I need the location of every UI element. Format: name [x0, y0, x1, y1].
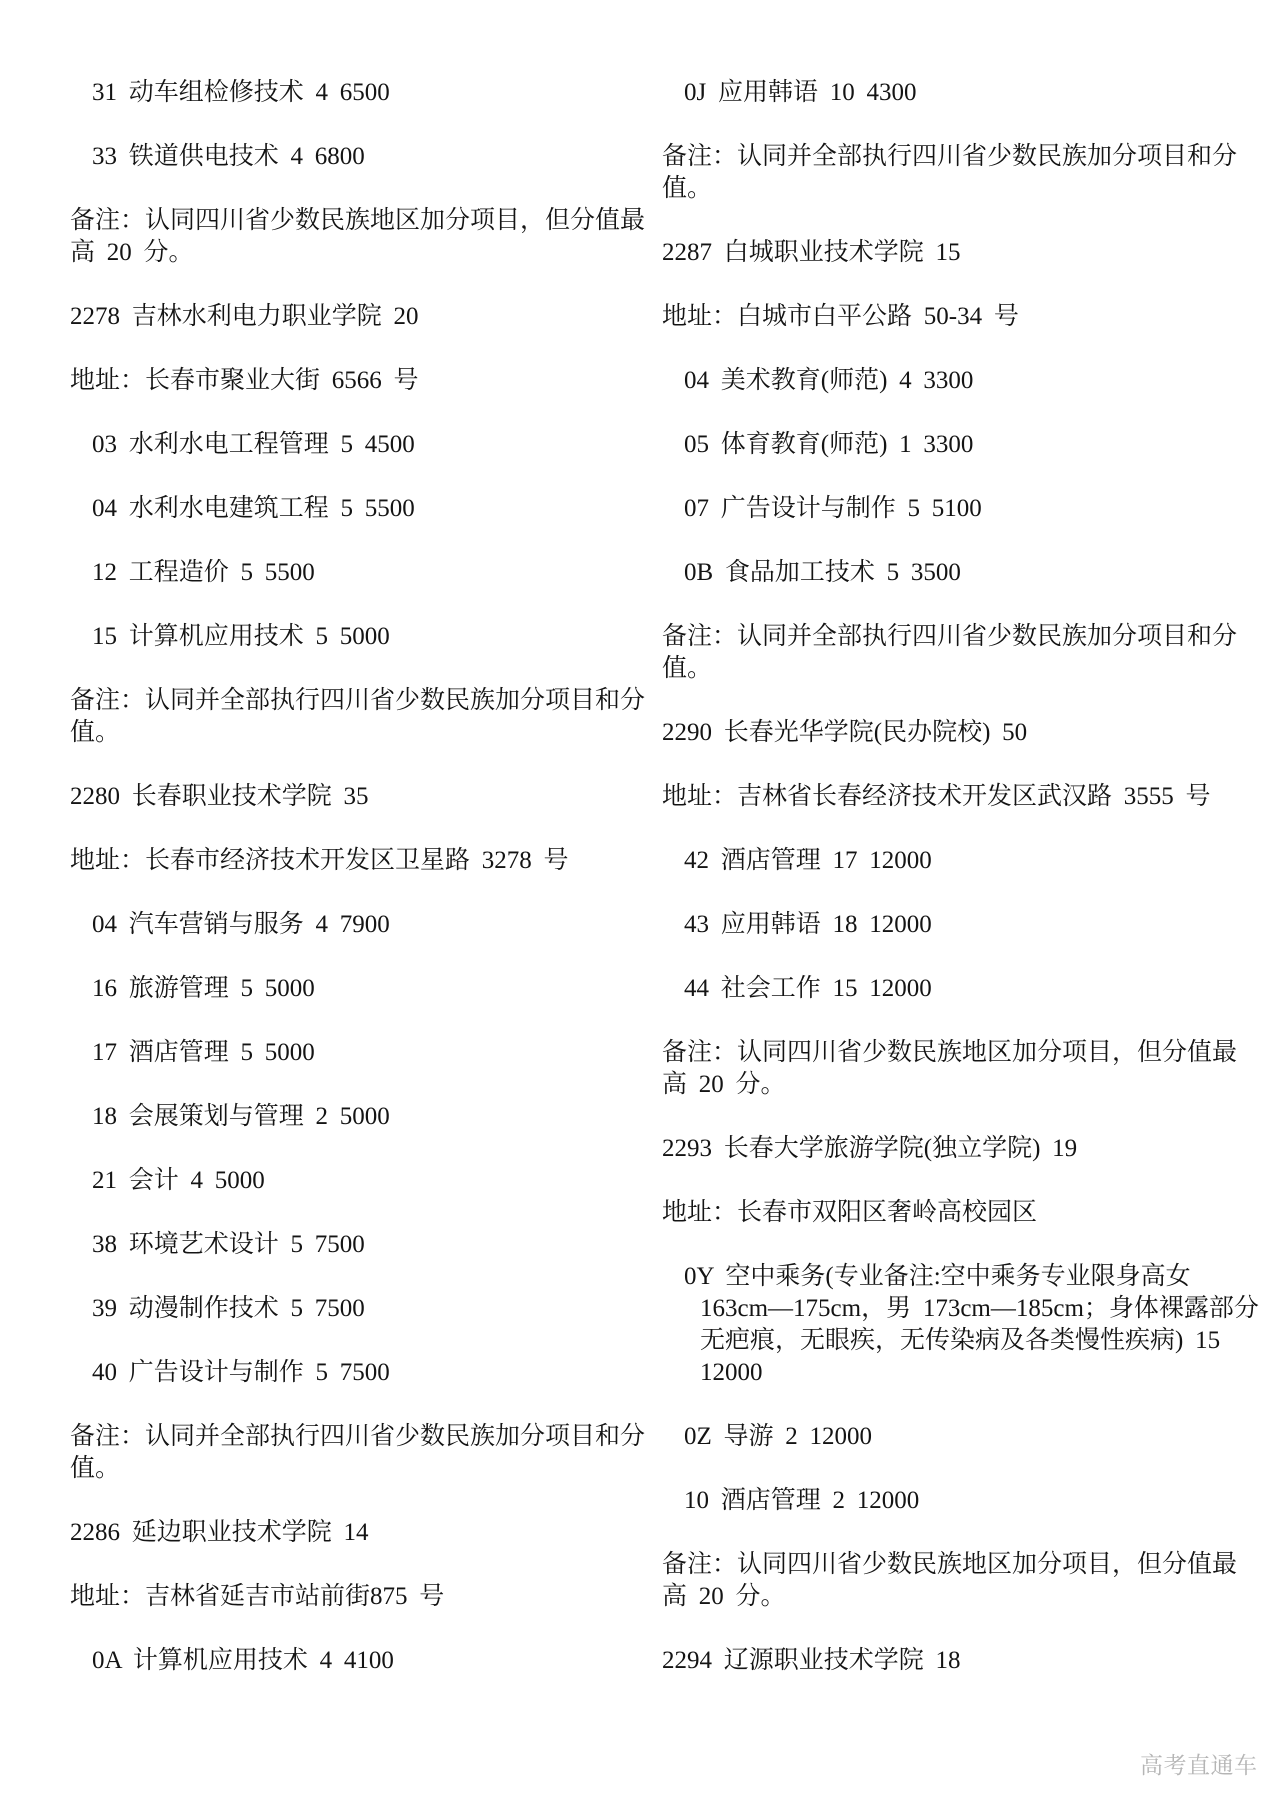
major-line: 03 水利水电工程管理 5 4500 — [92, 429, 666, 461]
address-line: 地址：长春市经济技术开发区卫星路 3278 号 — [70, 845, 666, 877]
address-line: 地址：吉林省长春经济技术开发区武汉路 3555 号 — [662, 781, 1262, 813]
watermark: 高考直通车 — [1140, 1752, 1258, 1780]
major-line: 15 计算机应用技术 5 5000 — [92, 621, 666, 653]
right-column: 0J 应用韩语 10 4300备注：认同并全部执行四川省少数民族加分项目和分 值… — [662, 0, 1262, 1709]
major-line: 18 会展策划与管理 2 5000 — [92, 1101, 666, 1133]
address-line: 地址：白城市白平公路 50-34 号 — [662, 301, 1262, 333]
major-line: 43 应用韩语 18 12000 — [684, 909, 1262, 941]
major-line: 04 汽车营销与服务 4 7900 — [92, 909, 666, 941]
major-line: 33 铁道供电技术 4 6800 — [92, 141, 666, 173]
document-page: 31 动车组检修技术 4 650033 铁道供电技术 4 6800备注：认同四川… — [0, 0, 1280, 1810]
address-line: 地址：长春市双阳区奢岭高校园区 — [662, 1197, 1262, 1229]
major-line: 42 酒店管理 17 12000 — [684, 845, 1262, 877]
note-line: 备注：认同并全部执行四川省少数民族加分项目和分 值。 — [70, 685, 666, 749]
school-heading: 2293 长春大学旅游学院(独立学院) 19 — [662, 1133, 1262, 1165]
address-line: 地址：长春市聚业大街 6566 号 — [70, 365, 666, 397]
address-line: 地址：吉林省延吉市站前街875 号 — [70, 1581, 666, 1613]
school-heading: 2287 白城职业技术学院 15 — [662, 237, 1262, 269]
major-line: 12 工程造价 5 5500 — [92, 557, 666, 589]
major-line: 07 广告设计与制作 5 5100 — [684, 493, 1262, 525]
school-heading: 2294 辽源职业技术学院 18 — [662, 1645, 1262, 1677]
major-line: 0Z 导游 2 12000 — [684, 1421, 1262, 1453]
major-line: 0Y 空中乘务(专业备注:空中乘务专业限身高女 163cm—175cm，男 17… — [684, 1261, 1262, 1389]
note-line: 备注：认同四川省少数民族地区加分项目，但分值最 高 20 分。 — [662, 1549, 1262, 1613]
major-line: 16 旅游管理 5 5000 — [92, 973, 666, 1005]
major-line: 05 体育教育(师范) 1 3300 — [684, 429, 1262, 461]
major-line: 04 水利水电建筑工程 5 5500 — [92, 493, 666, 525]
major-line: 17 酒店管理 5 5000 — [92, 1037, 666, 1069]
major-line: 04 美术教育(师范) 4 3300 — [684, 365, 1262, 397]
note-line: 备注：认同四川省少数民族地区加分项目，但分值最 高 20 分。 — [70, 205, 666, 269]
major-line: 0A 计算机应用技术 4 4100 — [92, 1645, 666, 1677]
major-line: 10 酒店管理 2 12000 — [684, 1485, 1262, 1517]
school-heading: 2290 长春光华学院(民办院校) 50 — [662, 717, 1262, 749]
note-line: 备注：认同并全部执行四川省少数民族加分项目和分 值。 — [662, 141, 1262, 205]
major-line: 44 社会工作 15 12000 — [684, 973, 1262, 1005]
major-line: 31 动车组检修技术 4 6500 — [92, 77, 666, 109]
major-line: 38 环境艺术设计 5 7500 — [92, 1229, 666, 1261]
major-line: 39 动漫制作技术 5 7500 — [92, 1293, 666, 1325]
note-line: 备注：认同四川省少数民族地区加分项目，但分值最 高 20 分。 — [662, 1037, 1262, 1101]
school-heading: 2280 长春职业技术学院 35 — [70, 781, 666, 813]
note-line: 备注：认同并全部执行四川省少数民族加分项目和分 值。 — [662, 621, 1262, 685]
major-line: 21 会计 4 5000 — [92, 1165, 666, 1197]
major-line: 40 广告设计与制作 5 7500 — [92, 1357, 666, 1389]
school-heading: 2278 吉林水利电力职业学院 20 — [70, 301, 666, 333]
note-line: 备注：认同并全部执行四川省少数民族加分项目和分 值。 — [70, 1421, 666, 1485]
major-line: 0J 应用韩语 10 4300 — [684, 77, 1262, 109]
school-heading: 2286 延边职业技术学院 14 — [70, 1517, 666, 1549]
left-column: 31 动车组检修技术 4 650033 铁道供电技术 4 6800备注：认同四川… — [70, 0, 666, 1709]
major-line: 0B 食品加工技术 5 3500 — [684, 557, 1262, 589]
